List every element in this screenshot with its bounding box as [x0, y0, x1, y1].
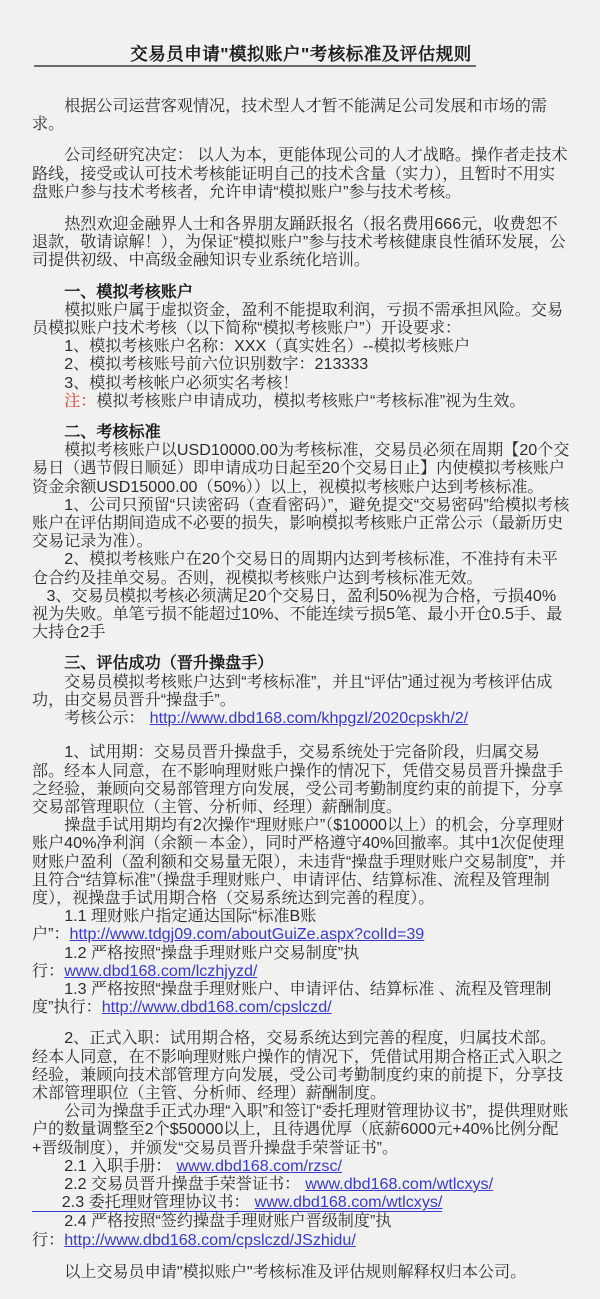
- item-2-4-label-line1: 2.4 严格按照“签约操盘手理财账户晋级制度”执: [64, 1212, 391, 1230]
- item-2-2-label: 2.2 交易员晋升操盘手荣誉证书：: [64, 1175, 300, 1193]
- section-3-heading: 三、评估成功（晋升操盘手）: [32, 654, 570, 672]
- trial-period-paragraph-1: 1、试用期：交易员晋升操盘手，交易系统处于完备阶段，归属交易部。经本人同意，在不…: [32, 743, 570, 816]
- item-1-1-label-line2: 户”：: [32, 925, 70, 943]
- item-1-3-label-line1: 1.3 严格按照“操盘手理财账户、申请评估、结算标准 、流程及管理制: [64, 980, 551, 998]
- item-2-1-label: 2.1 入职手册：: [64, 1157, 171, 1175]
- item-1-2: 1.2 严格按照“操盘手理财账户交易制度”执行：www.dbd168.com/l…: [32, 944, 570, 980]
- item-2-3: 2.3 委托理财管理协议书：www.dbd168.com/wtlcxys/: [32, 1193, 442, 1212]
- settlement-process-link[interactable]: http://www.dbd168.com/cpslczd/: [102, 998, 332, 1016]
- item-2-4: 2.4 严格按照“签约操盘手理财账户晋级制度”执行：http://www.dbd…: [32, 1212, 570, 1248]
- intro-paragraph-1: 根据公司运营客观情况，技术型人才暂不能满足公司发展和市场的需求。: [32, 97, 570, 133]
- assessment-publicity-line: 考核公示：http://www.dbd168.com/khpgzl/2020cp…: [32, 709, 570, 727]
- standard-b-account-link[interactable]: http://www.tdgj09.com/aboutGuiZe.aspx?co…: [70, 925, 425, 943]
- item-2-1: 2.1 入职手册：www.dbd168.com/rzsc/: [32, 1157, 570, 1175]
- item-1-2-label-line1: 1.2 严格按照“操盘手理财账户交易制度”执: [64, 944, 359, 962]
- item-1-1: 1.1 理财账户指定通达国际“标准B账户”：http://www.tdgj09.…: [32, 907, 570, 943]
- onboarding-handbook-link[interactable]: www.dbd168.com/rzsc/: [177, 1157, 342, 1175]
- entrust-agreement-link[interactable]: www.dbd168.com/wtlcxys/: [255, 1193, 443, 1211]
- section-2-heading: 二、考核标准: [32, 423, 570, 441]
- honor-certificate-link[interactable]: www.dbd168.com/wtlcxys/: [305, 1175, 493, 1193]
- assessment-publicity-link[interactable]: http://www.dbd168.com/khpgzl/2020cpskh/2…: [150, 709, 469, 727]
- section-2-item-2: 2、模拟考核账户在20个交易日的周期内达到考核标准，不准持有未平仓合约及挂单交易…: [32, 550, 570, 586]
- section-1-item-1: 1、模拟考核账户名称：XXX（真实姓名）--模拟考核账户: [32, 337, 570, 355]
- section-1-item-3: 3、模拟考核帐户必须实名考核！: [32, 374, 570, 392]
- item-1-1-label-line1: 1.1 理财账户指定通达国际“标准B账: [64, 907, 316, 925]
- section-1-item-2: 2、模拟考核账号前六位识别数字：213333: [32, 355, 570, 373]
- trial-period-paragraph-2: 操盘手试用期均有2次操作“理财账户”（$10000以上）的机会，分享理财账户40…: [32, 816, 570, 907]
- section-1-body: 模拟账户属于虚拟资金，盈利不能提取利润，亏损不需承担风险。交易员模拟账户技术考核…: [32, 301, 570, 337]
- item-1-3: 1.3 严格按照“操盘手理财账户、申请评估、结算标准 、流程及管理制度”执行：h…: [32, 980, 570, 1016]
- publicity-label: 考核公示：: [64, 709, 144, 727]
- page-title: 交易员申请"模拟账户"考核标准及评估规则: [32, 44, 570, 64]
- intro-paragraph-2: 公司经研究决定： 以人为本，更能体现公司的人才战略。操作者走技术路线，接受或认可…: [32, 146, 570, 201]
- closing-statement: 以上交易员申请"模拟账户"考核标准及评估规则解释权归本公司。: [32, 1263, 570, 1281]
- item-2-2: 2.2 交易员晋升操盘手荣誉证书：www.dbd168.com/wtlcxys/: [32, 1175, 570, 1193]
- formal-employment-paragraph-2: 公司为操盘手正式办理“入职”和签订“委托理财管理协议书”，提供理财账户的数量调整…: [32, 1102, 570, 1157]
- title-underline: [34, 65, 476, 67]
- item-2-4-label-line2: 行：: [32, 1231, 64, 1249]
- item-2-3-label: 2.3 委托理财管理协议书：: [62, 1193, 250, 1211]
- document-page: 交易员申请"模拟账户"考核标准及评估规则 根据公司运营客观情况，技术型人才暂不能…: [0, 0, 600, 1299]
- item-1-3-label-line2: 度”执行：: [32, 998, 102, 1016]
- section-2-item-3: 3、交易员模拟考核必须满足20个交易日，盈利50%视为合格，亏损40%视为失败。…: [32, 587, 570, 642]
- section-1-note: 注：模拟考核账户申请成功，模拟考核账户“考核标准”视为生效。: [32, 392, 570, 410]
- note-label: 注：: [64, 392, 96, 410]
- section-2-body: 模拟考核账户以USD10000.00为考核标准，交易员必须在周期【20个交易日（…: [32, 441, 570, 496]
- trading-system-link[interactable]: www.dbd168.com/lczhjyzd/: [64, 962, 257, 980]
- formal-employment-paragraph-1: 2、正式入职：试用期合格，交易系统达到完善的程度，归属技术部。经本人同意，在不影…: [32, 1029, 570, 1102]
- section-3-body: 交易员模拟考核账户达到“考核标准”，并且“评估”通过视为考核评估成功，由交易员晋…: [32, 673, 570, 709]
- section-2-item-1: 1、公司只预留“只读密码（查看密码）”，避免提交“交易密码”给模拟考核账户在评估…: [32, 496, 570, 551]
- item-1-2-label-line2: 行：: [32, 962, 64, 980]
- intro-paragraph-3: 热烈欢迎金融界人士和各界朋友踊跃报名（报名费用666元，收费恕不退款，敬请谅解！…: [32, 215, 570, 270]
- title-block: 交易员申请"模拟账户"考核标准及评估规则: [32, 44, 570, 67]
- section-1-heading: 一、模拟考核账户: [32, 283, 570, 301]
- promotion-system-link[interactable]: http://www.dbd168.com/cpslczd/JSzhidu/: [64, 1231, 356, 1249]
- note-text: 模拟考核账户申请成功，模拟考核账户“考核标准”视为生效。: [96, 392, 525, 410]
